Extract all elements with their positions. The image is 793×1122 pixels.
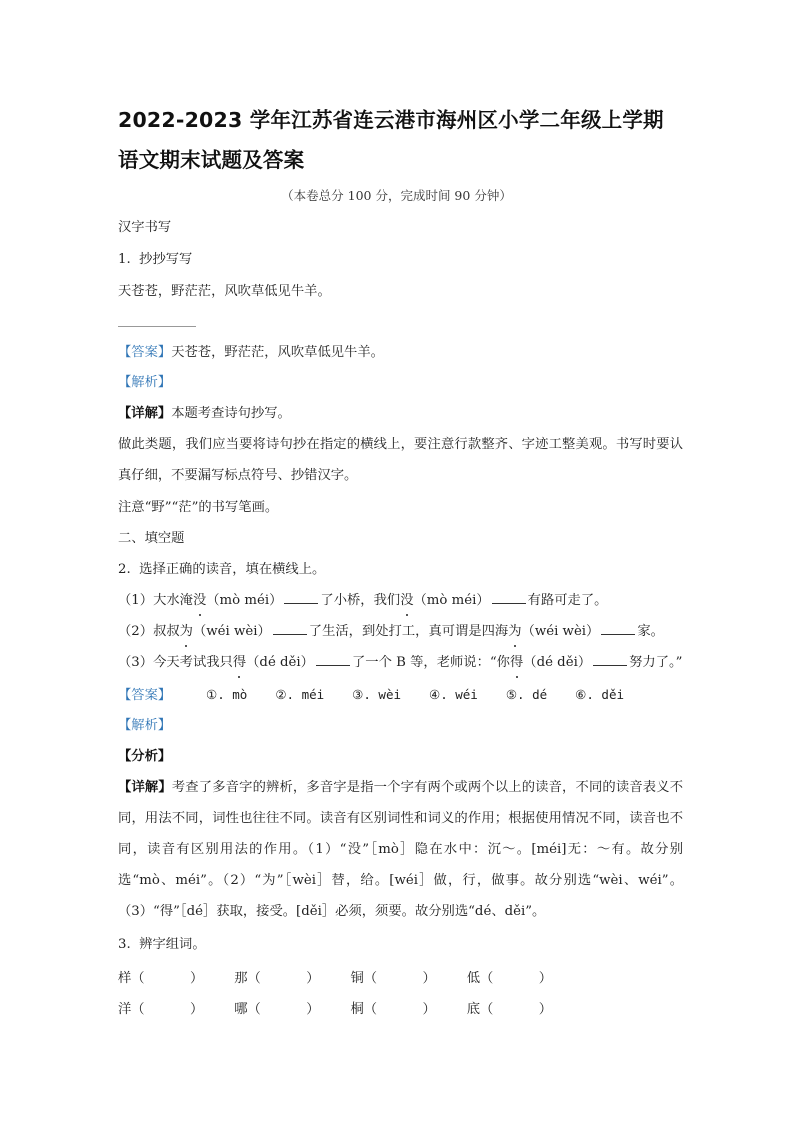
close-paren: ） xyxy=(190,967,203,986)
detail-text: 考查了多音字的辨析，多音字是指一个字有两个或两个以上的读音，不同的读音表义不同，… xyxy=(118,780,683,919)
fill-blank[interactable] xyxy=(601,622,635,635)
answer-item: ④. wéi xyxy=(429,686,478,704)
close-paren: ） xyxy=(190,998,203,1017)
question-1-detail: 【详解】本题考查诗句抄写。 xyxy=(118,405,291,423)
item-text: 叔叔 xyxy=(153,624,180,639)
char-prompt: 铜（ xyxy=(350,967,422,986)
char-prompt: 样（ xyxy=(118,967,190,986)
question-text: 抄抄写写 xyxy=(139,252,192,267)
question-2-analysis-tag: 【解析】 xyxy=(118,717,171,735)
answer-text: 天苍苍，野茫茫，风吹草低见牛羊。 xyxy=(171,345,384,360)
analysis-tag: 【解析】 xyxy=(118,718,171,733)
item-label: （1） xyxy=(118,593,153,608)
dotted-char: 为 xyxy=(180,623,193,641)
item-text: 有路可走了。 xyxy=(528,593,608,608)
char-prompt: 哪（ xyxy=(234,998,306,1017)
question-1-note: 注意“野”“茫”的书写笔画。 xyxy=(118,499,278,517)
question-2-answer: 【答案】①. mò②. méi③. wèi④. wéi⑤. dé⑥. děi xyxy=(118,686,652,705)
answer-item: ⑤. dé xyxy=(506,686,547,704)
detail-text: 本题考查诗句抄写。 xyxy=(171,406,291,421)
answer-tag: 【答案】 xyxy=(118,345,171,360)
question-number: 1. xyxy=(118,252,131,267)
close-paren: ） xyxy=(422,998,435,1017)
question-1-explanation: 做此类题，我们应当要将诗句抄在指定的横线上，要注意行款整齐、字迹工整美观。书写时… xyxy=(118,429,683,491)
answer-item: ⑥. děi xyxy=(575,686,624,704)
dotted-char: 得 xyxy=(233,654,246,672)
fill-blank[interactable] xyxy=(316,653,350,666)
pinyin-options: （wéi wèi） xyxy=(522,624,600,639)
close-paren: ） xyxy=(539,967,552,986)
question-number: 3. xyxy=(118,937,131,952)
fill-blank[interactable] xyxy=(593,653,627,666)
item-text: 大水淹 xyxy=(153,593,193,608)
question-2-item-3: （3）今天考试我只得（dé děi）了一个 B 等，老师说：“你得（dé děi… xyxy=(118,653,682,672)
analysis-tag: 【解析】 xyxy=(118,375,171,390)
dotted-char: 没 xyxy=(193,592,206,610)
char-prompt: 底（ xyxy=(467,998,539,1017)
char-prompt: 洋（ xyxy=(118,998,190,1017)
question-1-answer: 【答案】天苍苍，野茫茫，风吹草低见牛羊。 xyxy=(118,344,384,362)
item-text: 今天考试我只 xyxy=(153,655,233,670)
dotted-char: 得 xyxy=(510,654,523,672)
fill-blank[interactable] xyxy=(492,591,526,604)
question-2-detail: 【详解】考查了多音字的辨析，多音字是指一个字有两个或两个以上的读音，不同的读音表… xyxy=(118,772,683,927)
answer-item: ①. mò xyxy=(206,686,247,704)
item-text: 了小桥，我们 xyxy=(320,593,400,608)
question-number: 2. xyxy=(118,562,131,577)
char-prompt: 那（ xyxy=(234,967,306,986)
question-3-prompt: 3. 辨字组词。 xyxy=(118,936,206,954)
close-paren: ） xyxy=(539,998,552,1017)
pinyin-options: （mò méi） xyxy=(206,593,282,608)
question-1-text: 天苍苍，野茫茫，风吹草低见牛羊。 xyxy=(118,283,331,301)
document-subtitle: （本卷总分 100 分，完成时间 90 分钟） xyxy=(0,186,793,204)
answer-item: ③. wèi xyxy=(352,686,401,704)
answer-item: ②. méi xyxy=(275,686,324,704)
pinyin-options: （dé děi） xyxy=(246,655,314,670)
document-page: 2022-2023 学年江苏省连云港市海州区小学二年级上学期语文期末试题及答案 … xyxy=(0,0,793,1122)
item-label: （3） xyxy=(118,655,153,670)
question-2-fenxi-tag: 【分析】 xyxy=(118,748,171,766)
question-1-analysis-tag: 【解析】 xyxy=(118,374,171,392)
pinyin-options: （wéi wèi） xyxy=(193,624,271,639)
question-2-item-1: （1）大水淹没（mò méi）了小桥，我们没（mò méi）有路可走了。 xyxy=(118,591,607,610)
section-heading-fill-in: 二、填空题 xyxy=(118,530,184,548)
word-row-2: 洋（） 哪（） 桐（） 底（） xyxy=(118,998,579,1017)
item-text: 努力了。” xyxy=(629,655,682,670)
question-2-item-2: （2）叔叔为（wéi wèi）了生活，到处打工，真可谓是四海为（wéi wèi）… xyxy=(118,622,664,641)
char-prompt: 桐（ xyxy=(350,998,422,1017)
word-row-1: 样（） 那（） 铜（） 低（） xyxy=(118,967,579,986)
fill-blank[interactable] xyxy=(273,622,307,635)
dotted-char: 为 xyxy=(508,623,521,641)
document-title: 2022-2023 学年江苏省连云港市海州区小学二年级上学期语文期末试题及答案 xyxy=(118,100,678,180)
item-text: 了生活，到处打工，真可谓是四海 xyxy=(309,624,508,639)
close-paren: ） xyxy=(422,967,435,986)
char-prompt: 低（ xyxy=(467,967,539,986)
detail-tag: 【详解】 xyxy=(118,780,172,795)
divider xyxy=(118,326,196,327)
section-heading-handwriting: 汉字书写 xyxy=(118,219,171,237)
detail-tag: 【详解】 xyxy=(118,406,171,421)
dotted-char: 没 xyxy=(400,592,413,610)
close-paren: ） xyxy=(306,998,319,1017)
fill-blank[interactable] xyxy=(284,591,318,604)
question-text: 辨字组词。 xyxy=(139,937,205,952)
question-text: 选择正确的读音，填在横线上。 xyxy=(139,562,325,577)
question-1-prompt: 1. 抄抄写写 xyxy=(118,251,192,269)
item-text: 了一个 B 等，老师说：“你 xyxy=(352,655,510,670)
item-label: （2） xyxy=(118,624,153,639)
pinyin-options: （mò méi） xyxy=(414,593,490,608)
question-2-prompt: 2. 选择正确的读音，填在横线上。 xyxy=(118,561,325,579)
item-text: 家。 xyxy=(637,624,664,639)
close-paren: ） xyxy=(306,967,319,986)
fenxi-tag: 【分析】 xyxy=(118,749,171,764)
answer-tag: 【答案】 xyxy=(118,687,206,705)
pinyin-options: （dé děi） xyxy=(523,655,591,670)
